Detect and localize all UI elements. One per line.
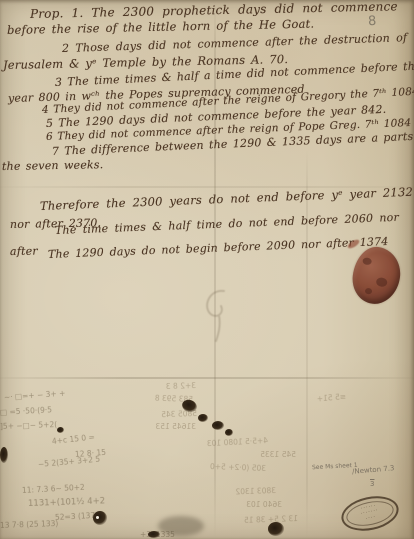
vertical-fold-crease [306,150,308,539]
ink-blot [0,447,8,463]
wax-seal [350,244,404,306]
ink-blot-with-highlight [93,511,107,525]
archival-note-figure: 3 [370,480,374,488]
bleed-through-numerals: ≡5 51+ [316,392,346,404]
page-number: 8 [368,14,377,29]
pencil-calculation: 11: 7.3 6~ 50+2 [22,483,85,495]
wax-seal-texture [376,277,388,287]
pencil-calculation: ~· □=+ − 3+ + [4,389,66,402]
pencil-calculation: 1131+(101½ 4+2 [28,496,105,509]
ink-blot [198,414,208,422]
bleed-through-numerals: 4+5·5 1080 103 [207,436,269,448]
bleed-through-numerals: 3640 103 [246,500,282,509]
manuscript-line: The 1290 days do not begin before 2090 n… [48,235,389,261]
pencil-calculation: 4+c 15 0 = [52,433,96,446]
pencil-calculation: 13 7·8 (25 133) [0,519,58,530]
ink-blot [212,421,224,430]
library-stamp: ······ ······· ···· [338,491,402,535]
manuscript-page: Prop. 1. The 2300 prophetick days did no… [0,0,414,539]
ink-blot [268,522,284,536]
ink-blot [225,429,233,436]
bleed-through-numerals: 305 (0·2+ 5+0 [210,462,266,473]
bleed-through-numerals: 31645 153 [155,422,196,431]
ink-blot [148,531,160,538]
manuscript-line: Therefore the 2300 years do not end befo… [40,185,413,213]
bleed-through-numerals: 3+2 8 3 [166,381,196,391]
horizontal-fold-crease [0,377,414,379]
manuscript-line: after [10,245,38,258]
manuscript-line: the seven weeks. [2,158,104,173]
pencil-calculation: □ =5 ·50·(9·5 [0,405,52,417]
wax-seal-texture [365,288,373,295]
manuscript-line: The time times & half time do not end be… [55,211,399,237]
bleed-through-numerals: 3803 1302 [235,486,276,496]
wax-seal-texture [362,257,372,265]
bleed-through-numerals: 545 1335 [260,450,296,459]
flourish-mark [200,287,232,345]
pencil-calculation: −5 2(35+ 3+2 5 [38,455,101,469]
blot-highlight [96,516,99,519]
archival-catalog-number: /Newton 7.3 [352,464,395,476]
pencil-calculation: ]5+ −□− 5+2( [0,420,57,431]
ink-blot [57,427,64,433]
gray-smudge [158,516,204,536]
